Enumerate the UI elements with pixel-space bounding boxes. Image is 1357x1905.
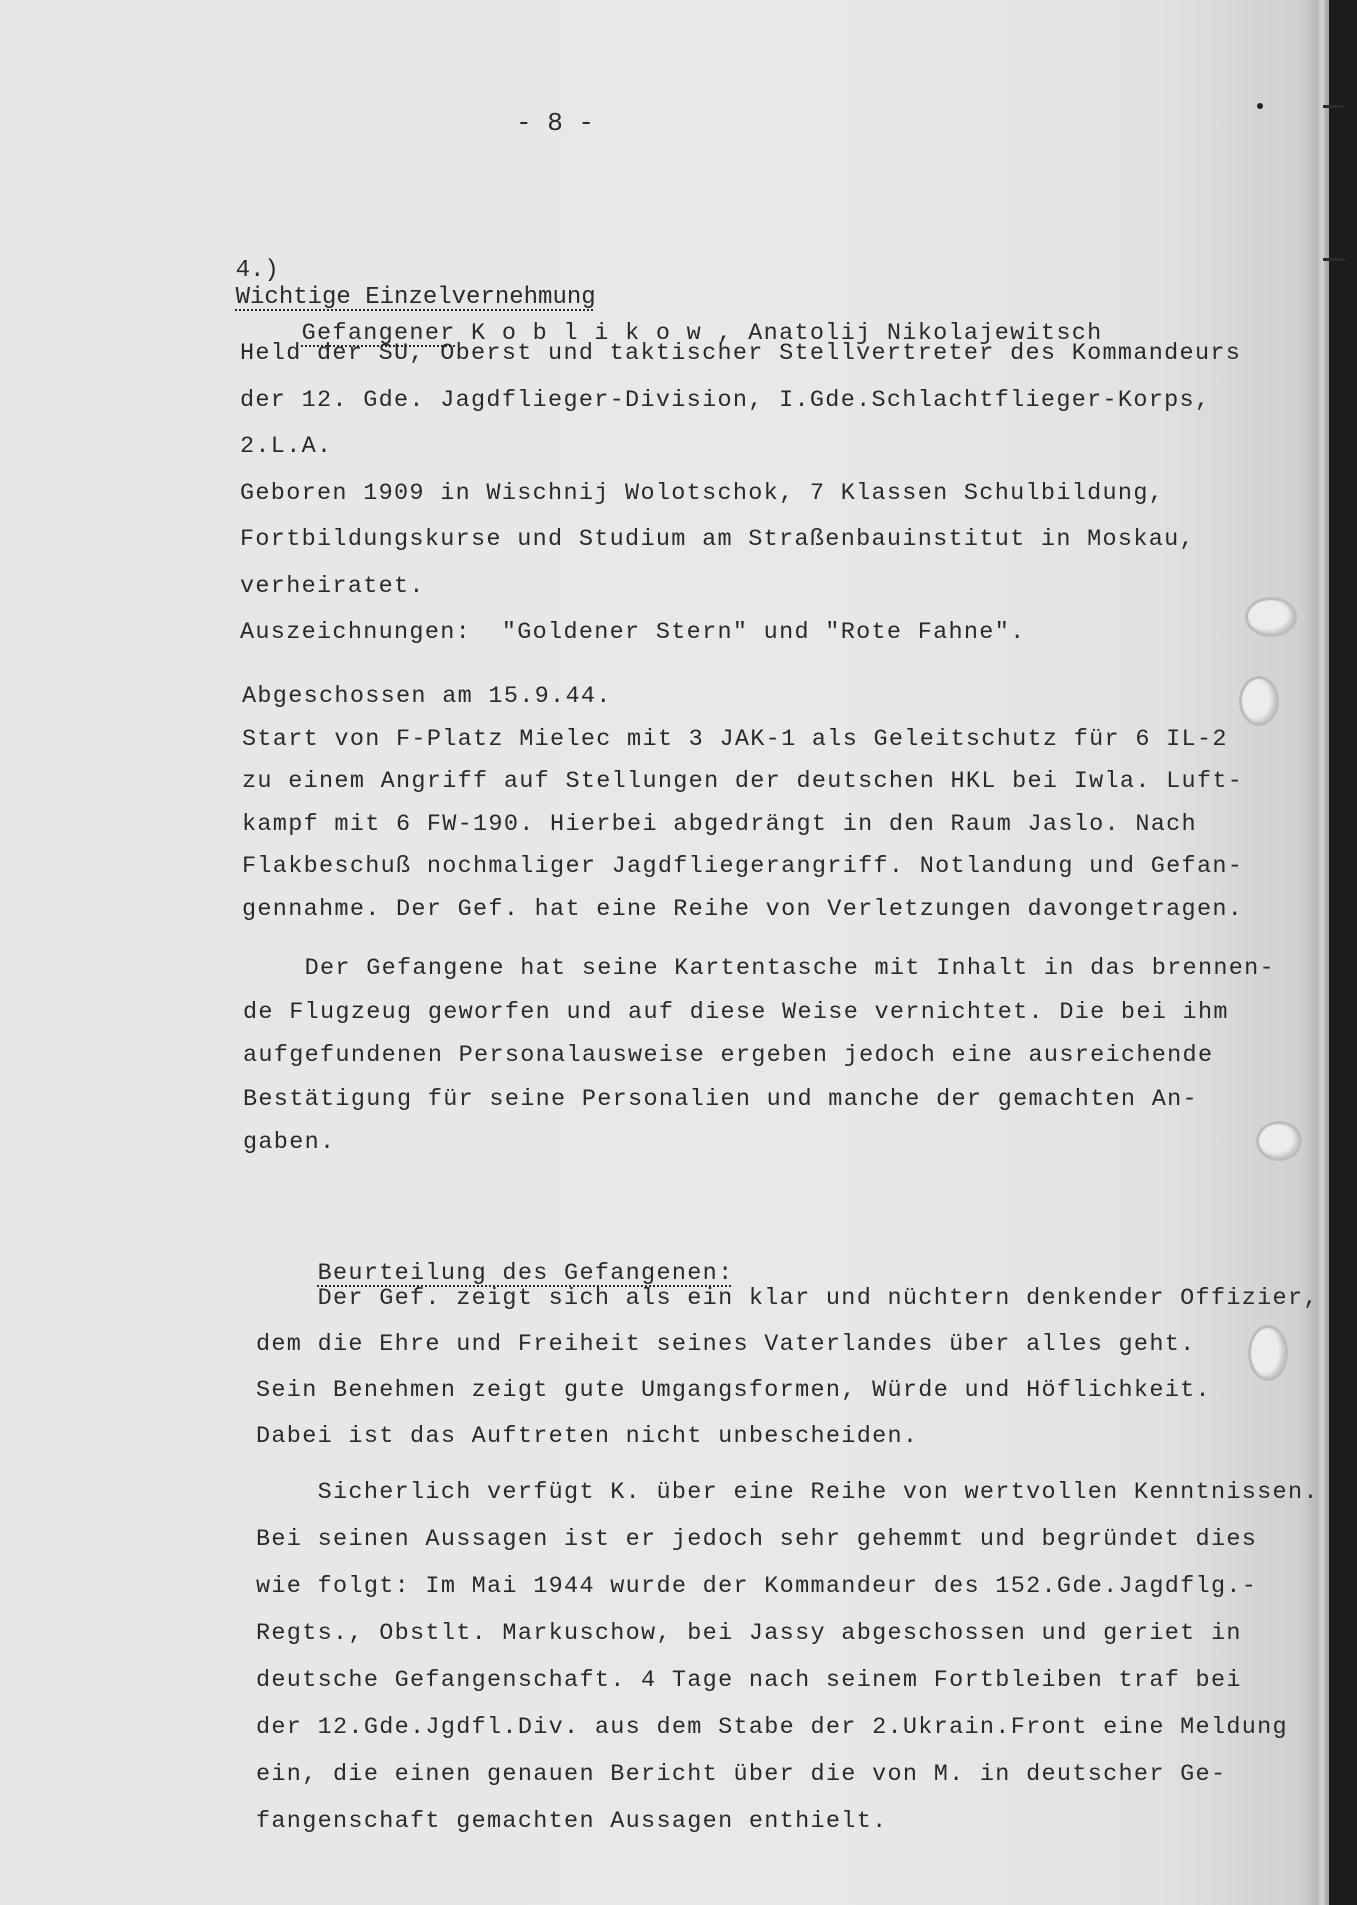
text-line: deutsche Gefangenschaft. 4 Tage nach sei… [256, 1667, 1242, 1695]
text-line: dem die Ehre und Freiheit seines Vaterla… [256, 1331, 1196, 1359]
punch-hole [1256, 1121, 1302, 1161]
text-line: de Flugzeug geworfen und auf diese Weise… [243, 999, 1229, 1027]
text-line: Dabei ist das Auftreten nicht unbescheid… [256, 1423, 918, 1451]
text-line: Der Gefangene hat seine Kartentasche mit… [243, 955, 1275, 983]
text-line: Flakbeschuß nochmaliger Jagdfliegerangri… [242, 853, 1243, 881]
binder-edge [1318, 0, 1327, 1905]
text-line: der 12. Gde. Jagdflieger-Division, I.Gde… [240, 387, 1210, 415]
ink-speck [1257, 103, 1263, 109]
text-line: ein, die einen genauen Bericht über die … [256, 1761, 1226, 1789]
page-number: - 8 - [516, 108, 594, 138]
text-line: aufgefundenen Personalausweise ergeben j… [243, 1042, 1213, 1070]
text-line: kampf mit 6 FW-190. Hierbei abgedrängt i… [242, 811, 1197, 839]
punch-hole [1239, 676, 1279, 726]
text-line: Regts., Obstlt. Markuschow, bei Jassy ab… [256, 1620, 1242, 1648]
text-line: Fortbildungskurse und Studium am Straßen… [240, 526, 1195, 554]
page-border-shadow [1329, 0, 1357, 1905]
text-line: Abgeschossen am 15.9.44. [242, 683, 612, 711]
text-line: verheiratet. [240, 573, 425, 601]
text-line: zu einem Angriff auf Stellungen der deut… [242, 768, 1243, 796]
assessment-heading-text: Beurteilung des Gefangenen: [318, 1260, 734, 1287]
binder-mark [1323, 258, 1345, 261]
text-line: Geboren 1909 in Wischnij Wolotschok, 7 K… [240, 480, 1164, 508]
text-line: Sein Benehmen zeigt gute Umgangsformen, … [256, 1377, 1211, 1405]
punch-hole [1245, 597, 1297, 637]
text-line: fangenschaft gemachten Aussagen enthielt… [256, 1808, 888, 1836]
text-line: gaben. [243, 1129, 335, 1157]
scanned-page: - 8 - 4.) Wichtige Einzelvernehmung Gefa… [0, 0, 1357, 1905]
text-line: der 12.Gde.Jgdfl.Div. aus dem Stabe der … [256, 1714, 1288, 1742]
text-line: gennahme. Der Gef. hat eine Reihe von Ve… [242, 896, 1243, 924]
text-line: Held der SU, Oberst und taktischer Stell… [240, 340, 1241, 368]
text-line: wie folgt: Im Mai 1944 wurde der Kommand… [256, 1573, 1257, 1601]
text-line: Sicherlich verfügt K. über eine Reihe vo… [256, 1479, 1319, 1507]
text-line: Der Gef. zeigt sich als ein klar und nüc… [256, 1285, 1319, 1313]
text-line: Auszeichnungen: "Goldener Stern" und "Ro… [240, 619, 1026, 647]
binder-mark [1323, 105, 1345, 108]
punch-hole [1248, 1325, 1288, 1381]
section-number: 4.) [236, 257, 279, 284]
text-line: Bei seinen Aussagen ist er jedoch sehr g… [256, 1526, 1257, 1554]
text-line: Bestätigung für seine Personalien und ma… [243, 1086, 1198, 1114]
text-line: Start von F-Platz Mielec mit 3 JAK-1 als… [242, 726, 1228, 754]
text-line: 2.L.A. [240, 433, 332, 461]
